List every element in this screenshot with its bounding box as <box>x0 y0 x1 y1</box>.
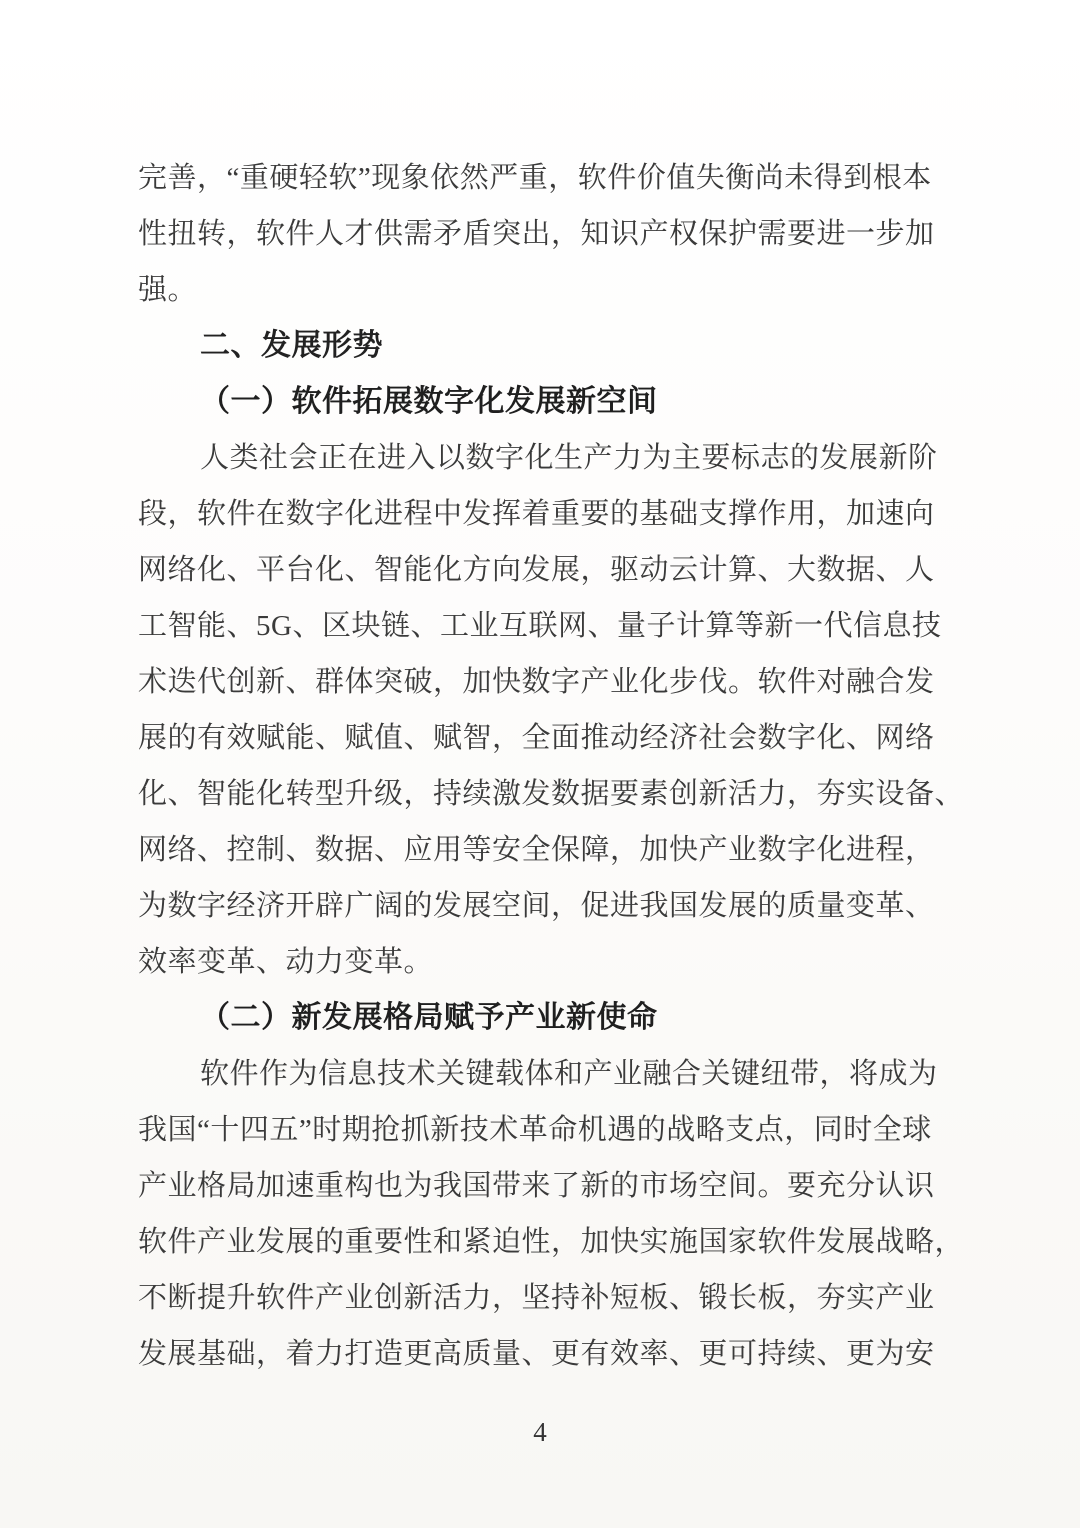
text-line: 产业格局加速重构也为我国带来了新的市场空间。要充分认识 <box>138 1158 968 1214</box>
text-line: 软件产业发展的重要性和紧迫性，加快实施国家软件发展战略， <box>138 1214 968 1270</box>
text-line: 人类社会正在进入以数字化生产力为主要标志的发展新阶 <box>138 430 968 486</box>
text-line: 性扭转，软件人才供需矛盾突出，知识产权保护需要进一步加 <box>138 206 968 262</box>
text-line: 工智能、5G、区块链、工业互联网、量子计算等新一代信息技 <box>138 598 968 654</box>
text-line: 为数字经济开辟广阔的发展空间，促进我国发展的质量变革、 <box>138 878 968 934</box>
text-line: 网络化、平台化、智能化方向发展，驱动云计算、大数据、人 <box>138 542 968 598</box>
text-line: 发展基础，着力打造更高质量、更有效率、更可持续、更为安 <box>138 1326 968 1382</box>
document-text-block: 完善，“重硬轻软”现象依然严重，软件价值失衡尚未得到根本性扭转，软件人才供需矛盾… <box>138 150 968 1382</box>
text-line: 强。 <box>138 262 968 318</box>
text-line: 段，软件在数字化进程中发挥着重要的基础支撑作用，加速向 <box>138 486 968 542</box>
text-line: 网络、控制、数据、应用等安全保障，加快产业数字化进程， <box>138 822 968 878</box>
subsection-heading: （一）软件拓展数字化发展新空间 <box>138 374 968 430</box>
text-line: 不断提升软件产业创新活力，坚持补短板、锻长板，夯实产业 <box>138 1270 968 1326</box>
text-line: 完善，“重硬轻软”现象依然严重，软件价值失衡尚未得到根本 <box>138 150 968 206</box>
text-line: 化、智能化转型升级，持续激发数据要素创新活力，夯实设备、 <box>138 766 968 822</box>
text-line: 软件作为信息技术关键载体和产业融合关键纽带，将成为 <box>138 1046 968 1102</box>
document-page: 完善，“重硬轻软”现象依然严重，软件价值失衡尚未得到根本性扭转，软件人才供需矛盾… <box>0 0 1080 1528</box>
section-heading: 二、发展形势 <box>138 318 968 374</box>
subsection-heading: （二）新发展格局赋予产业新使命 <box>138 990 968 1046</box>
page-number: 4 <box>0 1412 1080 1452</box>
text-line: 术迭代创新、群体突破，加快数字产业化步伐。软件对融合发 <box>138 654 968 710</box>
text-line: 效率变革、动力变革。 <box>138 934 968 990</box>
text-line: 展的有效赋能、赋值、赋智，全面推动经济社会数字化、网络 <box>138 710 968 766</box>
text-line: 我国“十四五”时期抢抓新技术革命机遇的战略支点，同时全球 <box>138 1102 968 1158</box>
